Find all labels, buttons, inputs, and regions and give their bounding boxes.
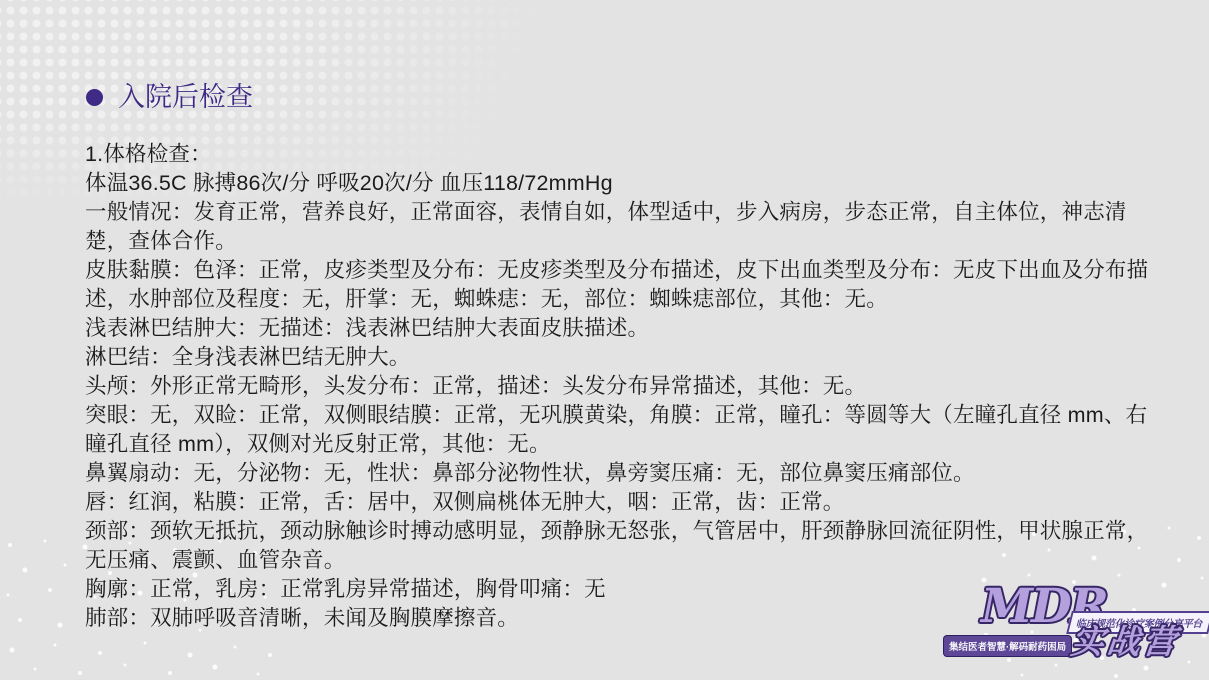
body-paragraph: 淋巴结：全身浅表淋巴结无肿大。 (85, 343, 1165, 372)
mdr-brand-subtext: 实战营 (1069, 624, 1181, 660)
presentation-slide: 入院后检查 1.体格检查： 体温36.5C 脉搏86次/分 呼吸20次/分 血压… (0, 0, 1209, 680)
body-paragraph: 唇：红润，粘膜：正常，舌：居中，双侧扁桃体无肿大，咽：正常，齿：正常。 (85, 488, 1165, 517)
logo-tagline-badge: 集结医者智慧·解码耐药困局 (943, 635, 1072, 657)
bullet-icon (86, 89, 103, 106)
body-paragraph: 皮肤黏膜：色泽：正常，皮疹类型及分布：无皮疹类型及分布描述，皮下出血类型及分布：… (85, 256, 1165, 314)
body-paragraph: 头颅：外形正常无畸形，头发分布：正常，描述：头发分布异常描述，其他：无。 (85, 372, 1165, 401)
body-paragraph: 浅表淋巴结肿大：无描述：浅表淋巴结肿大表面皮肤描述。 (85, 314, 1165, 343)
page-title: 入院后检查 (118, 82, 253, 112)
slide-title-row: 入院后检查 (86, 82, 253, 112)
mdr-logo: MDR 临床规范化诊疗案例分享平台 集结医者智慧·解码耐药困局 实战营 (941, 588, 1203, 672)
slide-body: 1.体格检查： 体温36.5C 脉搏86次/分 呼吸20次/分 血压118/72… (85, 140, 1165, 633)
body-paragraph: 颈部：颈软无抵抗，颈动脉触诊时搏动感明显，颈静脉无怒张，气管居中，肝颈静脉回流征… (85, 517, 1165, 575)
body-paragraph: 鼻翼扇动：无，分泌物：无，性状：鼻部分泌物性状，鼻旁窦压痛：无，部位鼻窦压痛部位… (85, 459, 1165, 488)
body-paragraph: 突眼：无，双睑：正常，双侧眼结膜：正常，无巩膜黄染，角膜：正常，瞳孔：等圆等大（… (85, 401, 1165, 459)
body-paragraph: 一般情况：发育正常，营养良好，正常面容，表情自如，体型适中，步入病房，步态正常，… (85, 198, 1165, 256)
body-paragraph: 体温36.5C 脉搏86次/分 呼吸20次/分 血压118/72mmHg (85, 169, 1165, 198)
body-paragraph: 1.体格检查： (85, 140, 1165, 169)
